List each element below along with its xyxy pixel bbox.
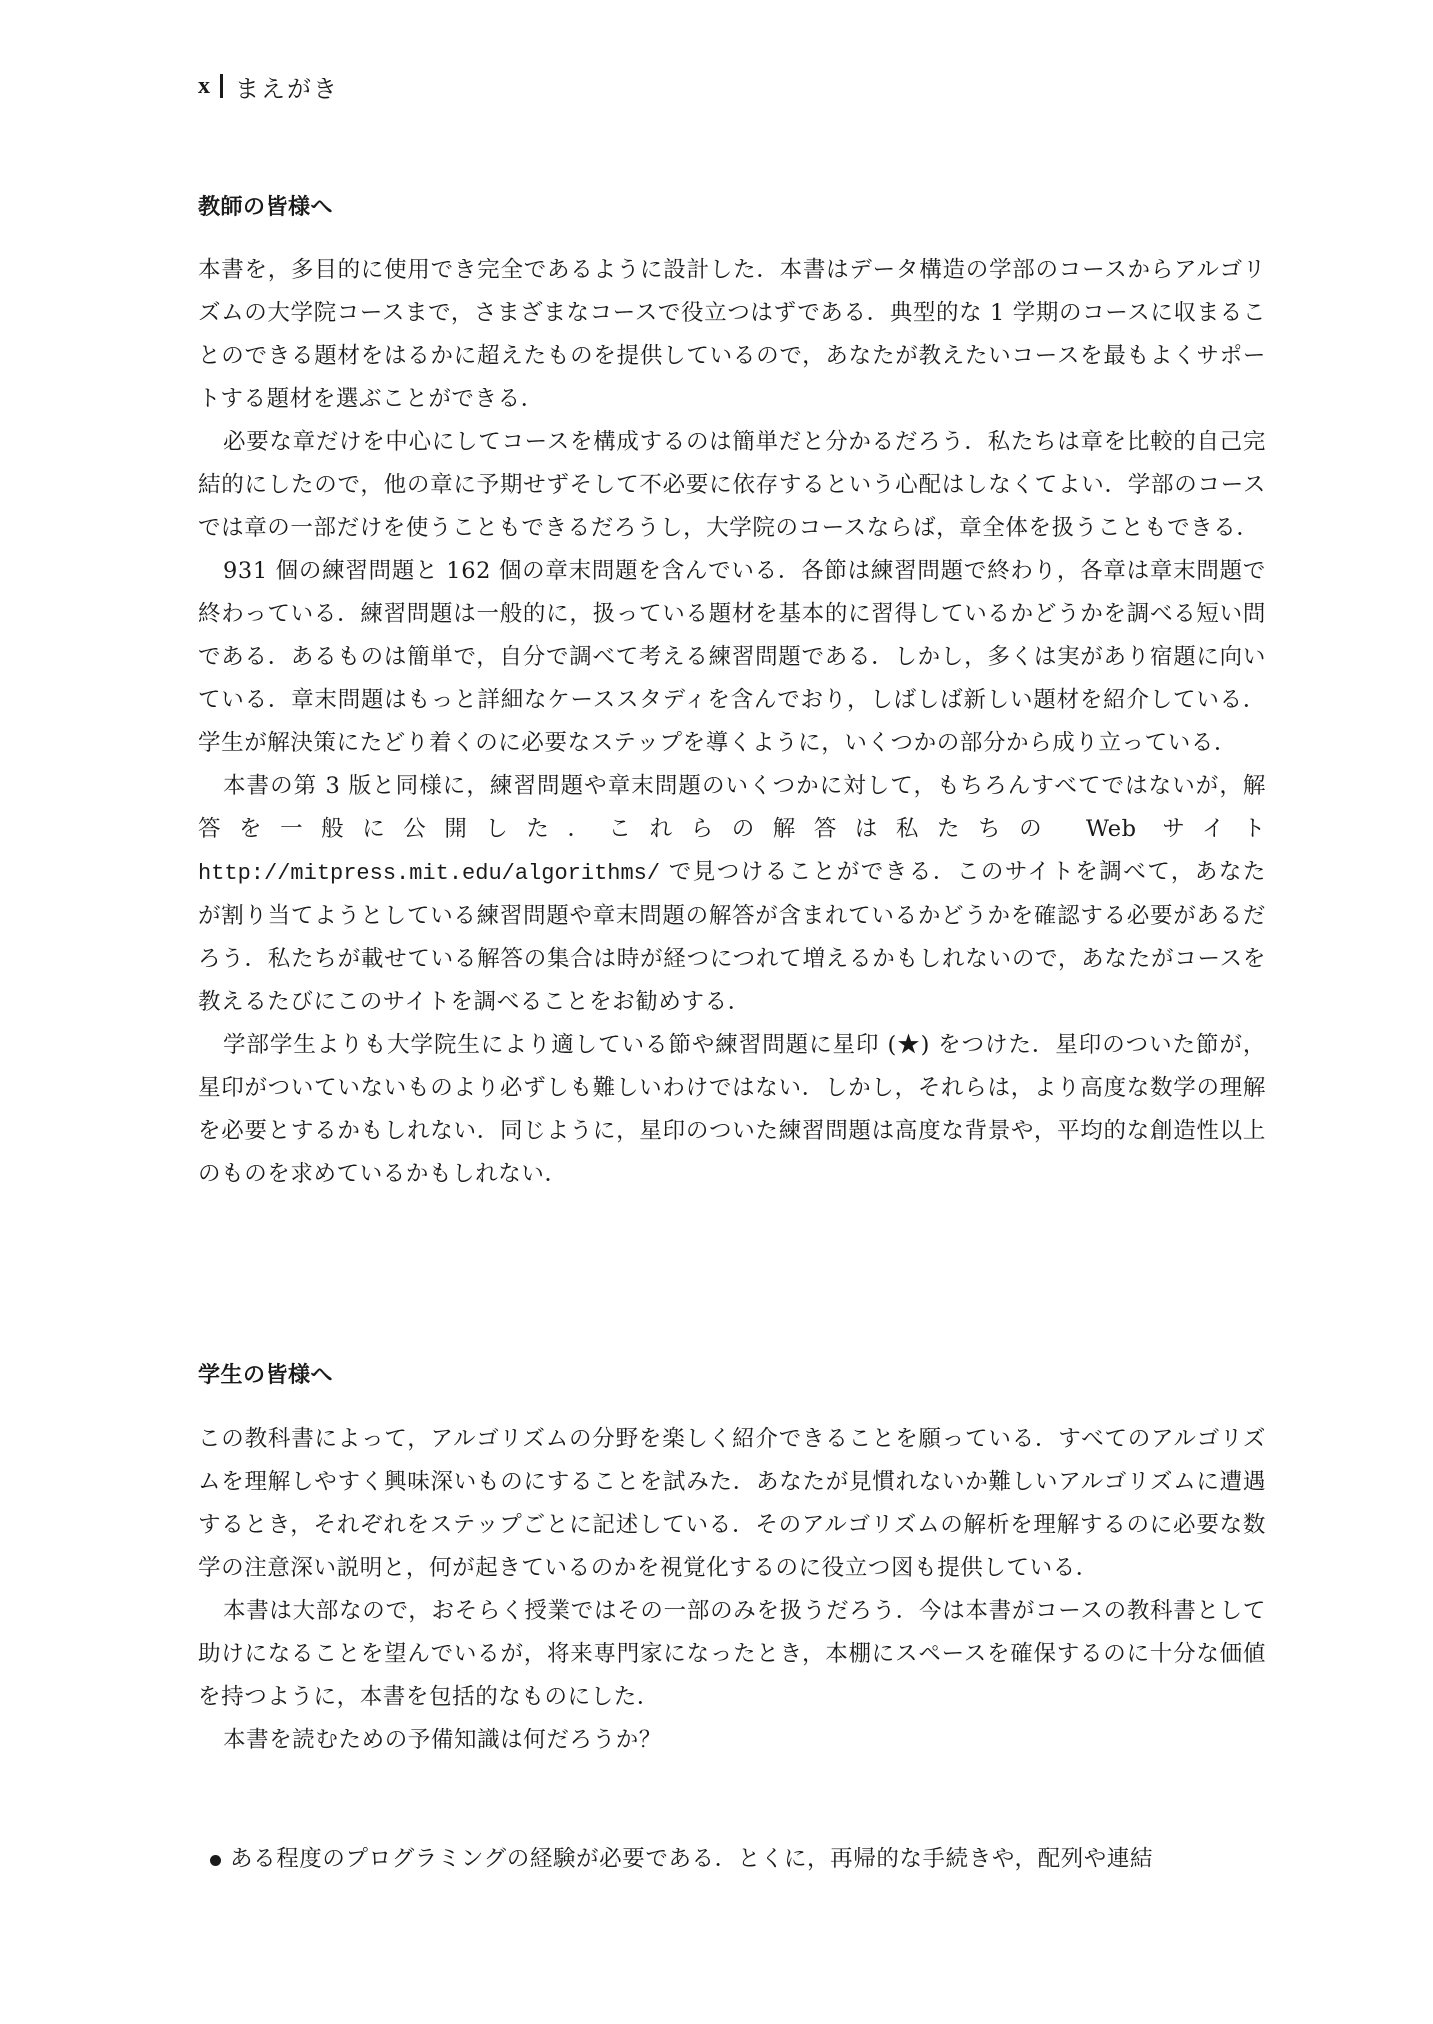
paragraph: 本書を，多目的に使用でき完全であるように設計した．本書はデータ構造の学部のコース… [198, 249, 1266, 421]
website-url-link[interactable]: http://mitpress.mit.edu/algorithms/ [198, 861, 660, 886]
chapter-title: まえがき [235, 69, 339, 104]
paragraph: 学部学生よりも大学院生により適している節や練習問題に星印 (★) をつけた．星印… [198, 1024, 1266, 1196]
paragraph: 本書は大部なので，おそらく授業ではその一部のみを扱うだろう．今は本書がコースの教… [198, 1590, 1266, 1719]
prerequisites-list: ある程度のプログラミングの経験が必要である．とくに，再帰的な手続きや，配列や連結 [198, 1838, 1266, 1881]
section-body-teachers: 本書を，多目的に使用でき完全であるように設計した．本書はデータ構造の学部のコース… [198, 249, 1266, 1196]
paragraph: 必要な章だけを中心にしてコースを構成するのは簡単だと分かるだろう．私たちは章を比… [198, 421, 1266, 550]
section-body-students: この教科書によって，アルゴリズムの分野を楽しく紹介できることを願っている．すべて… [198, 1418, 1266, 1762]
bullet-icon [210, 1855, 221, 1866]
paragraph-text: 本書の第 3 版と同様に，練習問題や章末問題のいくつかに対して，もちろんすべてで… [198, 773, 1266, 842]
paragraph: 931 個の練習問題と 162 個の章末問題を含んでいる．各節は練習問題で終わり… [198, 550, 1266, 765]
paragraph: 本書を読むための予備知識は何だろうか？ [198, 1719, 1266, 1762]
section-heading-teachers: 教師の皆様へ [198, 190, 333, 221]
list-item-text: ある程度のプログラミングの経験が必要である．とくに，再帰的な手続きや，配列や連結 [230, 1846, 1153, 1872]
section-heading-students: 学生の皆様へ [198, 1358, 333, 1389]
list-item: ある程度のプログラミングの経験が必要である．とくに，再帰的な手続きや，配列や連結 [198, 1838, 1266, 1881]
paragraph-with-url: 本書の第 3 版と同様に，練習問題や章末問題のいくつかに対して，もちろんすべてで… [198, 765, 1266, 1024]
running-head-divider [220, 74, 223, 98]
page-number: x [198, 73, 210, 100]
paragraph: この教科書によって，アルゴリズムの分野を楽しく紹介できることを願っている．すべて… [198, 1418, 1266, 1590]
running-head: x まえがき [198, 70, 339, 102]
